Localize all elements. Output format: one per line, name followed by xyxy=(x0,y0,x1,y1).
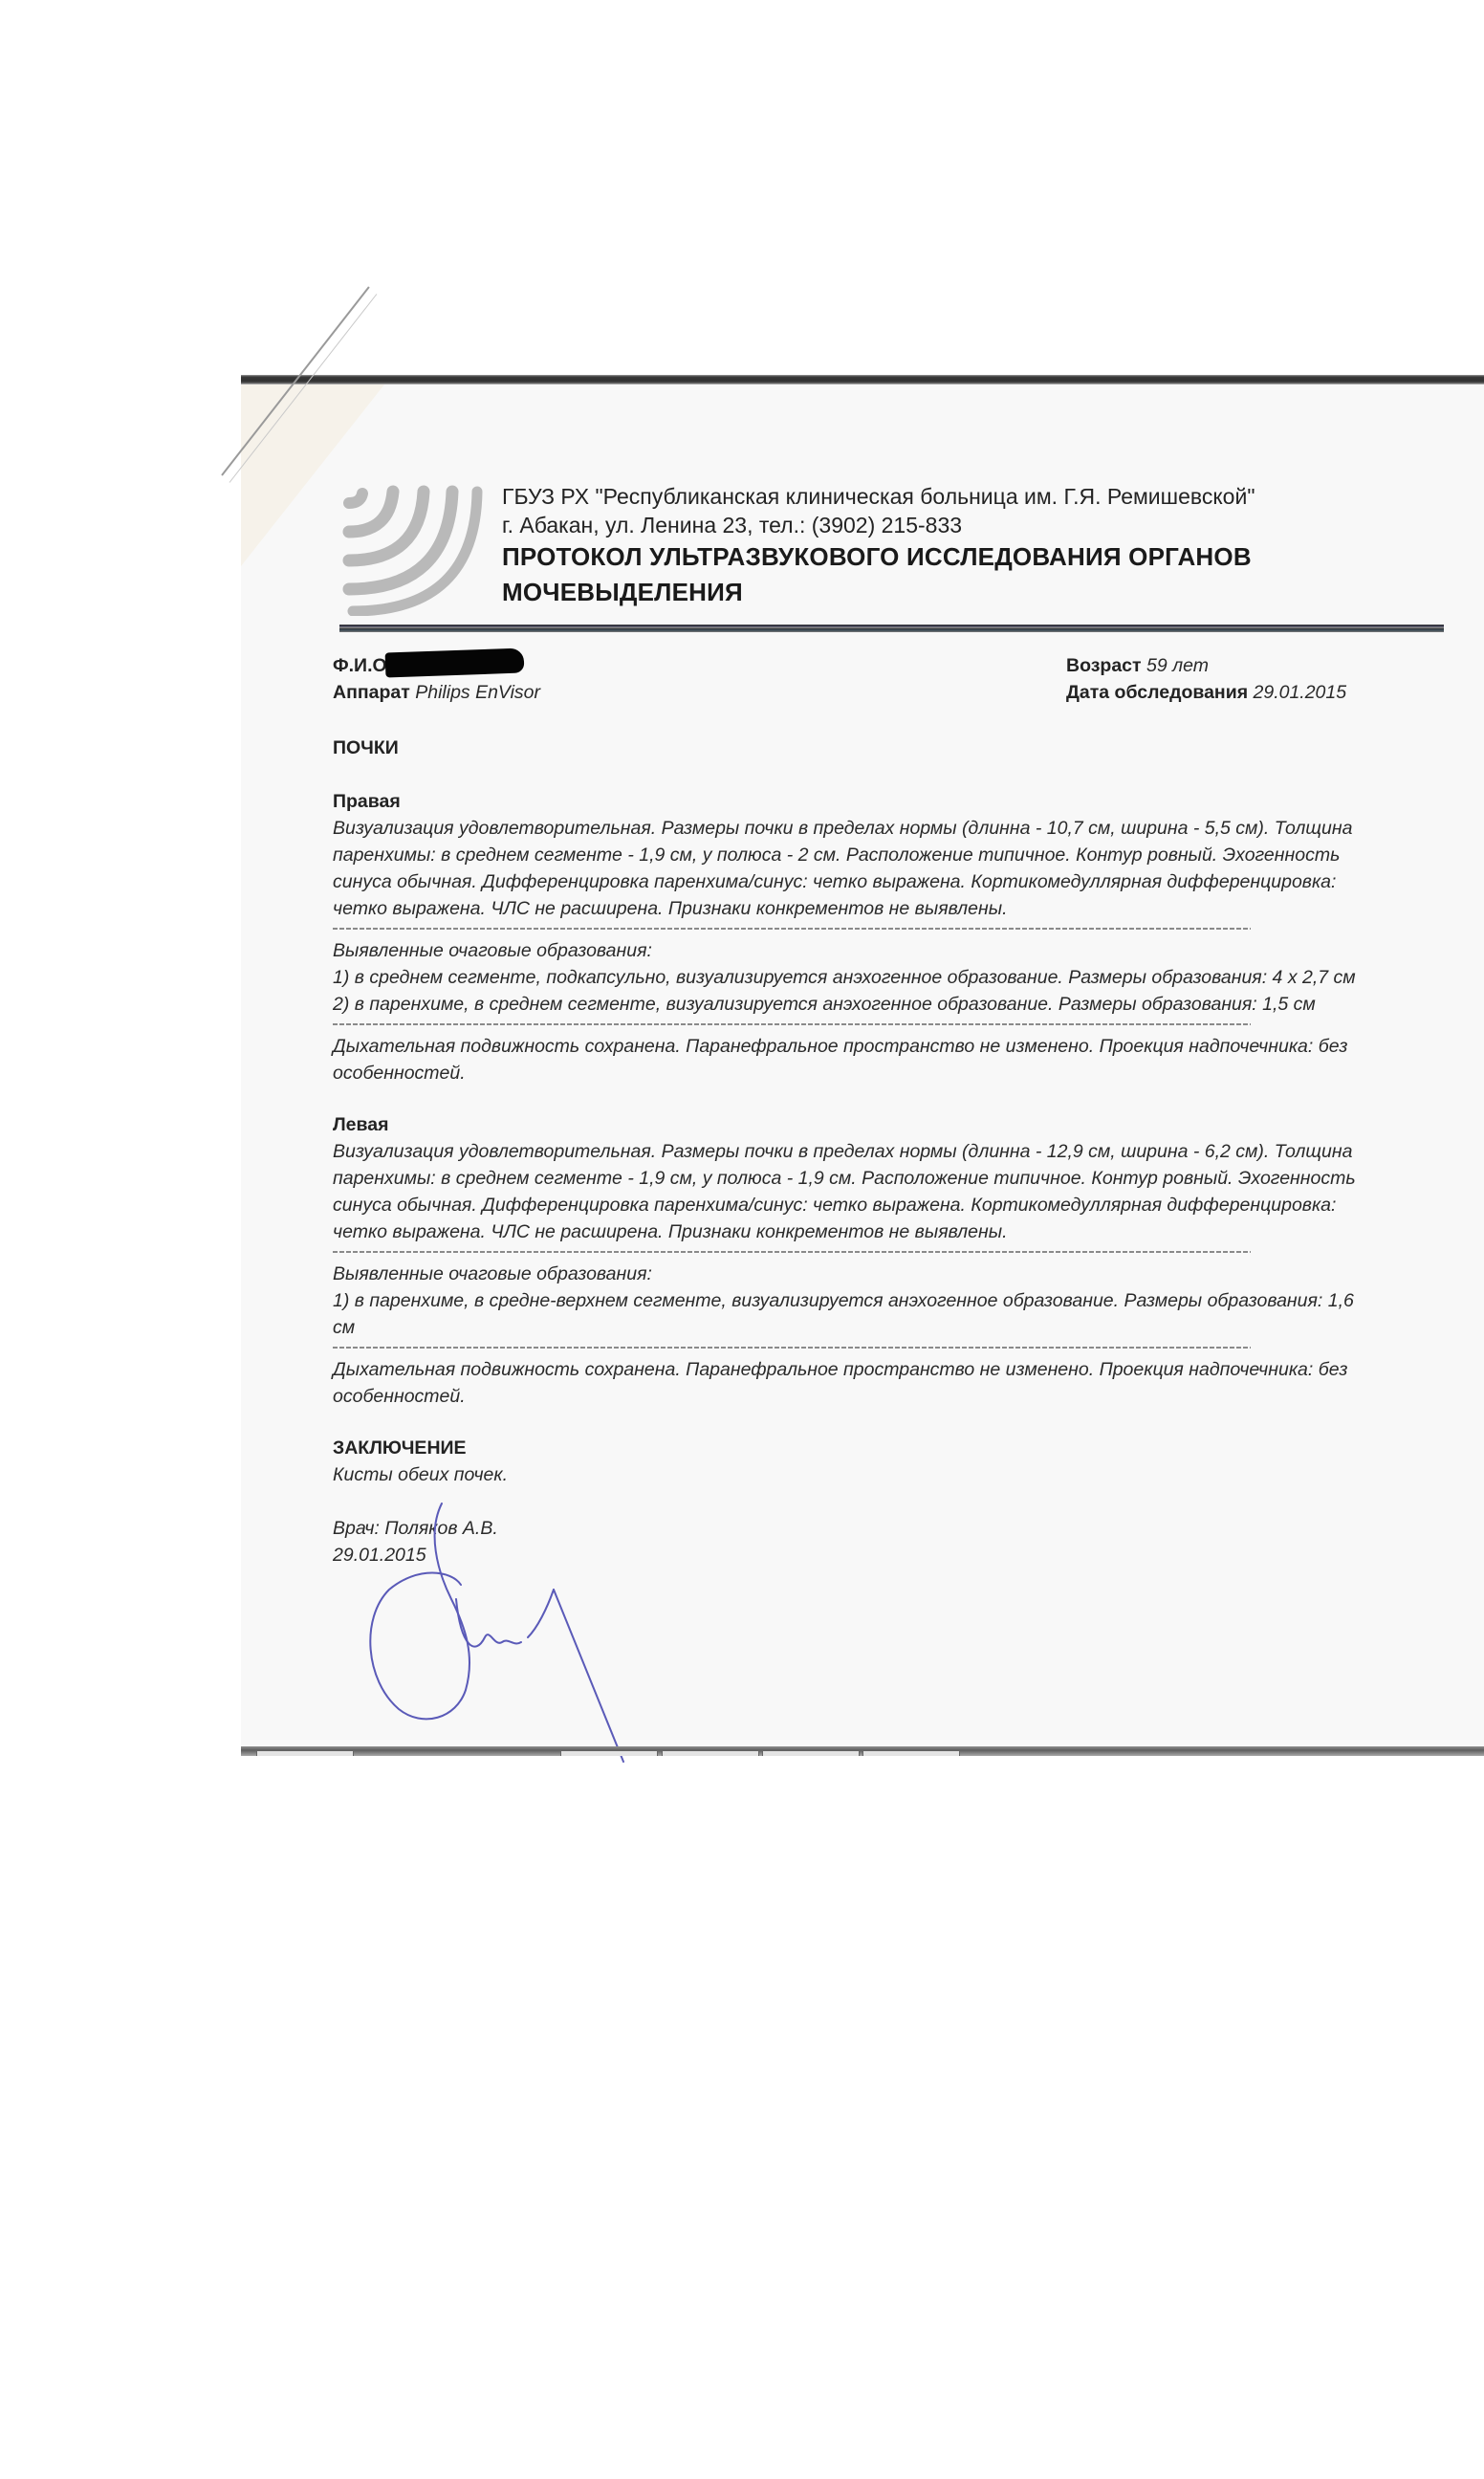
right-kidney-description: Визуализация удовлетворительная. Размеры… xyxy=(333,815,1461,922)
age-field: Возраст 59 лет xyxy=(1066,652,1209,679)
hospital-name: ГБУЗ РХ "Республиканская клиническая бол… xyxy=(502,482,1458,511)
text-line: особенностей. xyxy=(333,1060,1461,1086)
organ-heading: ПОЧКИ xyxy=(333,735,1480,761)
text-line: Дыхательная подвижность сохранена. Паран… xyxy=(333,1356,1461,1383)
text-line: четко выражена. ЧЛС не расширена. Призна… xyxy=(333,895,1461,922)
header-divider xyxy=(339,625,1444,632)
text-line: паренхимы: в среднем сегменте - 1,9 см, … xyxy=(333,1165,1461,1192)
name-label: Ф.И.О xyxy=(333,655,387,676)
report-body: Ф.И.О Возраст 59 лет Аппарат Philips EnV… xyxy=(333,652,1480,1569)
text-line: четко выражена. ЧЛС не расширена. Призна… xyxy=(333,1218,1461,1245)
age-value: 59 лет xyxy=(1146,655,1209,676)
lesion-item-continued: см xyxy=(333,1314,1461,1341)
dashed-separator xyxy=(333,1347,1251,1349)
right-kidney-mobility: Дыхательная подвижность сохранена. Паран… xyxy=(333,1033,1461,1086)
left-kidney-heading: Левая xyxy=(333,1111,1480,1138)
doctor-signature xyxy=(332,1494,676,1781)
device-row: Аппарат Philips EnVisor Дата обследовани… xyxy=(333,679,1480,706)
redacted-name xyxy=(385,647,525,677)
scan-bottom-artifacts xyxy=(241,1750,1484,1756)
text-line: Визуализация удовлетворительная. Размеры… xyxy=(333,1138,1461,1165)
left-kidney-mobility: Дыхательная подвижность сохранена. Паран… xyxy=(333,1356,1461,1410)
ultrasound-waves-icon xyxy=(339,482,483,616)
device-label: Аппарат xyxy=(333,682,410,703)
right-kidney-lesions: Выявленные очаговые образования: 1) в ср… xyxy=(333,937,1461,1018)
dashed-separator xyxy=(333,1251,1251,1253)
lesion-item: 1) в паренхиме, в средне-верхнем сегмент… xyxy=(333,1287,1461,1314)
left-kidney-lesions: Выявленные очаговые образования: 1) в па… xyxy=(333,1261,1461,1341)
dashed-separator xyxy=(333,928,1251,930)
conclusion-heading: ЗАКЛЮЧЕНИЕ xyxy=(333,1435,1480,1461)
patient-name-row: Ф.И.О Возраст 59 лет xyxy=(333,652,1480,679)
protocol-title-line2: МОЧЕВЫДЕЛЕНИЯ xyxy=(502,575,1458,610)
right-kidney-heading: Правая xyxy=(333,788,1480,815)
dashed-separator xyxy=(333,1023,1251,1025)
text-line: паренхимы: в среднем сегменте - 1,9 см, … xyxy=(333,842,1461,868)
age-label: Возраст xyxy=(1066,655,1142,676)
text-line: особенностей. xyxy=(333,1383,1461,1410)
scan-top-border xyxy=(241,375,1484,384)
device-value: Philips EnVisor xyxy=(415,682,540,703)
text-line: синуса обычная. Дифференцировка паренхим… xyxy=(333,868,1461,895)
conclusion-text: Кисты обеих почек. xyxy=(333,1461,1480,1488)
lesion-item: 2) в паренхиме, в среднем сегменте, визу… xyxy=(333,991,1461,1018)
exam-date-label: Дата обследования xyxy=(1066,682,1248,703)
text-line: Дыхательная подвижность сохранена. Паран… xyxy=(333,1033,1461,1060)
text-line: синуса обычная. Дифференцировка паренхим… xyxy=(333,1192,1461,1218)
lesions-heading: Выявленные очаговые образования: xyxy=(333,937,1461,964)
text-line: Визуализация удовлетворительная. Размеры… xyxy=(333,815,1461,842)
left-kidney-description: Визуализация удовлетворительная. Размеры… xyxy=(333,1138,1461,1245)
protocol-title-line1: ПРОТОКОЛ УЛЬТРАЗВУКОВОГО ИССЛЕДОВАНИЯ ОР… xyxy=(502,539,1458,575)
hospital-address: г. Абакан, ул. Ленина 23, тел.: (3902) 2… xyxy=(502,511,1458,539)
document-header: ГБУЗ РХ "Республиканская клиническая бол… xyxy=(502,482,1458,610)
scanned-document: ГБУЗ РХ "Республиканская клиническая бол… xyxy=(241,375,1484,1756)
exam-date-value: 29.01.2015 xyxy=(1254,682,1347,703)
exam-date-field: Дата обследования 29.01.2015 xyxy=(1066,679,1346,706)
lesions-heading: Выявленные очаговые образования: xyxy=(333,1261,1461,1287)
lesion-item: 1) в среднем сегменте, подкапсульно, виз… xyxy=(333,964,1461,991)
